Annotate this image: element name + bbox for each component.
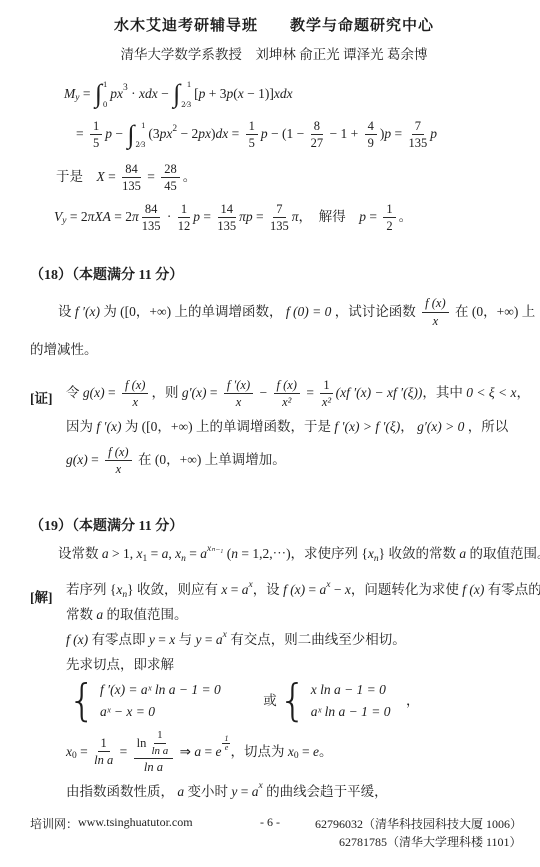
math-fraction: ln 1ln aln a (134, 729, 174, 775)
math-variable: (xf ′(x) − xf ′(ξ)) (336, 385, 423, 402)
fraction-denominator: 5 (93, 135, 99, 150)
proof-line1: 令 g(x) = f (x)x，则 g′(x) = f ′(x)x − f (x… (66, 377, 530, 411)
math-text: = (201, 744, 215, 761)
math-fraction: 1ln a (151, 729, 168, 757)
math-text: = (299, 744, 313, 761)
solution17-block: My = ∫10px3 · xdx − ∫12⁄3[p + 3p(x − 1)]… (30, 79, 518, 234)
formula-volume-line: Vy = 2πXA = 2π84135 · 112p = 14135πp = 7… (54, 201, 518, 235)
integral-upper-bound: 1 (141, 121, 145, 130)
math-text: ，则 (151, 385, 181, 402)
math-text: 的取值范围。 (466, 546, 540, 563)
math-fraction: 49 (365, 119, 377, 151)
math-text: 令 (66, 385, 83, 402)
fraction-numerator: 28 (161, 162, 180, 178)
math-fraction: 12 (383, 202, 395, 234)
page-number: - 6 - (225, 815, 315, 830)
math-text: ， (392, 693, 419, 710)
integral-lower-bound: 2⁄3 (136, 140, 146, 149)
math-fraction: 15 (90, 119, 102, 151)
fraction-numerator: f (x) (105, 445, 131, 461)
footer-contact-line2: 62781785（清华大学理科楼 1101） (315, 833, 524, 851)
math-variable: dx (216, 126, 229, 143)
math-variable: xdx (139, 86, 158, 103)
equation-system: {f ′(x) = aˣ ln a − 1 = 0aˣ − x = 0 (68, 682, 221, 720)
math-text: = (105, 169, 119, 186)
integral-glyph: ∫ (127, 122, 134, 148)
problem18-proof-block: [证] 令 g(x) = f (x)x，则 g′(x) = f ′(x)x − … (30, 377, 518, 477)
solution-line4: 先求切点，即求解 (66, 657, 540, 674)
system-equation: f ′(x) = aˣ ln a − 1 = 0 (100, 682, 221, 698)
problem19-heading: （19）（本题满分 11 分） (30, 515, 518, 535)
math-superscript: 2 (172, 124, 177, 136)
math-variable: p (199, 86, 206, 103)
math-subscript: 0 (294, 751, 299, 763)
math-text: 。 (319, 744, 333, 761)
solution-line1: 若序列 {xn} 收敛，则应有 x = ax，设 f (x) = ax − x，… (66, 582, 540, 599)
fraction-denominator: 135 (270, 218, 289, 233)
fraction-numerator: 7 (412, 119, 424, 135)
math-superscript: x (326, 580, 330, 592)
math-fraction: 827 (311, 119, 324, 151)
fraction-denominator: x² (282, 394, 291, 409)
math-fraction: 112 (178, 202, 191, 234)
math-variable: a (216, 632, 223, 649)
problem18-stem-line1: 设 f ′(x) 为 ([0，+∞) 上的单调增函数， f (0) = 0 ，试… (58, 295, 518, 329)
math-variable: πXA (88, 209, 111, 226)
fraction-numerator: 7 (273, 202, 285, 218)
math-text: 在 (0，+∞) 上单调增加。 (135, 452, 286, 469)
math-text: 设 (58, 304, 75, 321)
system-equations: f ′(x) = aˣ ln a − 1 = 0aˣ − x = 0 (100, 682, 221, 720)
footer-site: 培训网： www.tsinghuatutor.com (30, 815, 225, 832)
solution-line2: 常数 a 的取值范围。 (66, 607, 540, 624)
math-text: ⇒ (176, 744, 194, 761)
fraction-denominator: 45 (164, 178, 177, 193)
problem19-stem: 设常数 a > 1, x1 = a, xn = axₙ₋₁ (n = 1,2,⋯… (58, 546, 518, 563)
math-text: − 1)] (244, 86, 274, 103)
math-variable: a (102, 546, 109, 563)
fraction-denominator: ln a (151, 744, 168, 758)
fraction-numerator: 1 (320, 378, 332, 394)
math-text: = (201, 632, 215, 649)
math-variable: f ′(x) > f ′(ξ) (334, 419, 400, 436)
math-variable: a (459, 546, 466, 563)
integral-sign: ∫12⁄3 (173, 79, 191, 109)
integral-glyph: ∫ (173, 81, 180, 107)
math-text: 有交点，则二曲线至少相切。 (227, 632, 406, 649)
footer-contacts: 62796032（清华科技园科技大厦 1006） 62781785（清华大学理科… (315, 815, 524, 851)
math-text: 有零点的 (484, 582, 540, 599)
tangent-point-line: x0 = 1ln a = ln 1ln aln a ⇒ a = e1e，切点为 … (66, 728, 540, 776)
fraction-denominator: 135 (217, 218, 236, 233)
math-text: > 1, (109, 546, 137, 563)
math-text: 的取值范围。 (103, 607, 187, 624)
math-text: = (116, 744, 130, 761)
math-variable: V (54, 209, 62, 226)
math-text: = (105, 385, 119, 402)
integral-lower-bound: 0 (103, 100, 107, 109)
math-variable: f (x) (462, 582, 484, 599)
math-text: (3 (148, 126, 159, 143)
math-fraction: f (x)x (105, 445, 131, 477)
math-variable: a (252, 784, 259, 801)
fraction-numerator: f (x) (274, 378, 300, 394)
math-text: = (186, 546, 200, 563)
math-text: } 收敛的常数 (379, 546, 460, 563)
math-variable: M (64, 86, 75, 103)
math-text: = (237, 784, 251, 801)
fraction-denominator: x (236, 394, 242, 409)
math-superscript: x (223, 630, 227, 642)
proof-line2: 因为 f ′(x) 为 ([0，+∞) 上的单调增函数，于是 f ′(x) > … (66, 419, 530, 436)
math-text: = (305, 582, 319, 599)
solution-line3: f (x) 有零点即 y = x 与 y = ax 有交点，则二曲线至少相切。 (66, 632, 540, 649)
math-variable: p (430, 126, 437, 143)
integral-bounds: 12⁄3 (136, 120, 146, 150)
integral-bounds: 10 (103, 79, 107, 109)
math-text: = (227, 582, 241, 599)
math-variable: f ′(x) (96, 419, 121, 436)
fraction-denominator: x (116, 461, 122, 476)
math-fraction: f (x)x (422, 296, 448, 328)
math-fraction: 84135 (142, 202, 161, 234)
integral-glyph: ∫ (95, 81, 102, 107)
math-variable: g(x) (66, 452, 88, 469)
math-fraction: 15 (246, 119, 258, 151)
math-text: 设常数 (58, 546, 102, 563)
fraction-denominator: 135 (122, 178, 141, 193)
math-variable: 0 < ξ < x (466, 385, 516, 402)
fraction-numerator: 1 (90, 119, 102, 135)
math-variable: g′(x) (182, 385, 207, 402)
integral-sign: ∫12⁄3 (127, 120, 145, 150)
math-text: ，其中 (422, 385, 466, 402)
math-text: · (164, 209, 175, 226)
math-fraction: f (x)x (122, 378, 148, 410)
page-subtitle: 清华大学数学系教授 刘坤林 俞正光 谭泽光 葛余博 (30, 43, 518, 63)
fraction-denominator: x (132, 394, 138, 409)
math-variable: p (384, 126, 391, 143)
fraction-numerator: 1 (178, 202, 190, 218)
proof-content: 令 g(x) = f (x)x，则 g′(x) = f ′(x)x − f (x… (66, 377, 530, 477)
math-text: 常数 (66, 607, 96, 624)
fraction-denominator: ln a (94, 752, 113, 767)
math-subscript: n (181, 554, 186, 566)
math-variable: a (200, 546, 207, 563)
system-equation: aˣ − x = 0 (100, 704, 221, 720)
math-variable: px (198, 126, 211, 143)
math-text: 或 (223, 693, 277, 710)
integral-lower-bound: 2⁄3 (181, 100, 191, 109)
math-text: = 1,2,⋯)，求使序列 { (238, 546, 368, 563)
math-text: = (200, 209, 214, 226)
math-text: + 3 (205, 86, 226, 103)
formula-centroid-line: 于是 X = 84135 = 2845。 (56, 161, 518, 195)
math-text: ，试讨论函数 (331, 304, 419, 321)
integral-sign: ∫10 (95, 79, 107, 109)
math-text: ln (137, 736, 150, 750)
math-text: = (144, 169, 158, 186)
math-fraction: 2845 (161, 162, 180, 194)
math-fraction: 1x² (320, 378, 332, 410)
fraction-denominator: 27 (311, 135, 324, 150)
math-text: 变小时 (184, 784, 231, 801)
math-text: = (303, 385, 317, 402)
math-variable: f (x) (283, 582, 305, 599)
math-variable: a (194, 744, 201, 761)
math-variable: p (261, 126, 268, 143)
formula-my-line1: My = ∫10px3 · xdx − ∫12⁄3[p + 3p(x − 1)]… (64, 79, 518, 109)
tangency-systems-line: {f ′(x) = aˣ ln a − 1 = 0aˣ − x = 0 或{x … (66, 682, 540, 720)
fraction-numerator: 84 (142, 202, 161, 218)
math-text: = (147, 546, 161, 563)
final-remark-line: 由指数函数性质， a 变小时 y = ax 的曲线会趋于平缓， (66, 784, 540, 801)
math-subscript: y (75, 93, 79, 105)
math-fraction: f (x)x² (274, 378, 300, 410)
document-page: 水木艾迪考研辅导班 教学与命题研究中心 清华大学数学系教授 刘坤林 俞正光 谭泽… (0, 0, 540, 867)
solution-content: 若序列 {xn} 收敛，则应有 x = ax，设 f (x) = ax − x，… (66, 582, 540, 800)
fraction-denominator: x (433, 313, 439, 328)
fraction-denominator: 135 (409, 135, 428, 150)
page-title: 水木艾迪考研辅导班 教学与命题研究中心 (30, 14, 518, 35)
math-subscript: n (122, 590, 127, 602)
math-text: 若序列 { (66, 582, 116, 599)
math-text: 在 (0，+∞) 上 (452, 304, 536, 321)
math-text: − (256, 385, 270, 402)
math-fraction: 14135 (217, 202, 236, 234)
math-variable: n (231, 546, 238, 563)
fraction-numerator: 1 (383, 202, 395, 218)
math-variable: f (x) (66, 632, 88, 649)
math-text: − (112, 126, 126, 143)
fraction-numerator: 1 (98, 736, 110, 752)
math-text: ，问题转化为求使 (351, 582, 462, 599)
math-variable: px (160, 126, 173, 143)
math-text: 的曲线会趋于平缓， (263, 784, 388, 801)
math-text: } 收敛，则应有 (127, 582, 221, 599)
math-fraction: 7135 (270, 202, 289, 234)
math-text: − 2 (177, 126, 198, 143)
math-variable: f ′(x) (75, 304, 100, 321)
math-variable: p (193, 209, 200, 226)
math-variable: ln a (144, 760, 163, 774)
problem18-stem-line2: 的增减性。 (30, 338, 518, 358)
left-brace: { (279, 682, 307, 719)
math-variable: p (227, 86, 234, 103)
math-text: 由指数函数性质， (66, 784, 177, 801)
math-text: = (391, 126, 405, 143)
math-variable: a (177, 784, 184, 801)
math-text: − (1 − (268, 126, 308, 143)
math-text: 为 ([0，+∞) 上的单调增函数，于是 (121, 419, 334, 436)
math-variable: g′(x) > 0 (417, 419, 464, 436)
footer-site-url: www.tsinghuatutor.com (78, 815, 193, 832)
math-variable: a (96, 607, 103, 624)
math-subscript: 1 (143, 554, 148, 566)
math-text: = (155, 632, 169, 649)
math-text: = (207, 385, 221, 402)
footer-site-label: 培训网： (30, 815, 78, 832)
math-text: ，设 (253, 582, 283, 599)
integral-upper-bound: 1 (103, 80, 107, 89)
math-subscript: n (374, 554, 379, 566)
fraction-numerator: ln 1ln a (134, 729, 174, 759)
fraction-numerator: 4 (365, 119, 377, 135)
math-text: = (88, 452, 102, 469)
math-text: 有零点即 (88, 632, 149, 649)
fraction-numerator: 14 (218, 202, 237, 218)
math-text: 为 ([0，+∞) 上的单调增函数， (100, 304, 286, 321)
fraction-denominator: 135 (142, 218, 161, 233)
math-text: 。 (183, 169, 197, 186)
math-text: ， (400, 419, 417, 436)
fraction-numerator: f (x) (422, 296, 448, 312)
math-text: = (76, 126, 87, 143)
math-text: = (228, 126, 242, 143)
fraction-numerator: f ′(x) (224, 378, 253, 394)
math-text: − 1 + (326, 126, 361, 143)
math-text: 于是 (56, 169, 97, 186)
formula-my-line2: = 15p − ∫12⁄3(3px2 − 2px)dx = 15p − (1 −… (76, 118, 518, 152)
system-equation: x ln a − 1 = 0 (311, 682, 391, 698)
page-footer: 培训网： www.tsinghuatutor.com - 6 - 6279603… (30, 815, 524, 851)
math-variable: px (110, 86, 123, 103)
fraction-numerator: f (x) (122, 378, 148, 394)
fraction-numerator: 1 (154, 729, 166, 744)
math-variable: e (215, 744, 221, 761)
math-text: − (158, 86, 172, 103)
math-variable: p (105, 126, 112, 143)
math-text: ( (223, 546, 231, 563)
left-brace: { (68, 682, 96, 719)
math-superscript: x (259, 781, 263, 793)
proof-label: [证] (30, 377, 66, 407)
math-exponent-fraction: 1e (222, 735, 230, 754)
math-text: 因为 (66, 419, 96, 436)
math-text: ， 解得 (299, 209, 360, 226)
math-text: = (77, 744, 91, 761)
exponent-denominator: e (225, 744, 229, 753)
system-equation: aˣ ln a − 1 = 0 (311, 704, 391, 720)
math-text: 与 (175, 632, 195, 649)
math-text: ，切点为 (230, 744, 287, 761)
fraction-denominator: 9 (368, 135, 374, 150)
math-fraction: 1ln a (94, 736, 113, 768)
math-superscript: xₙ₋₁ (207, 544, 223, 556)
math-text: − (331, 582, 345, 599)
math-variable: g(x) (83, 385, 105, 402)
fraction-denominator: 2 (386, 218, 392, 233)
math-variable: a (162, 546, 169, 563)
fraction-numerator: 1 (246, 119, 258, 135)
problem18-heading: （18）（本题满分 11 分） (30, 264, 518, 284)
math-text: · (128, 86, 139, 103)
math-variable: xdx (274, 86, 293, 103)
fraction-denominator: 12 (178, 218, 191, 233)
math-text: = (253, 209, 267, 226)
proof-line3: g(x) = f (x)x 在 (0，+∞) 上单调增加。 (66, 444, 530, 478)
math-variable: f (0) = 0 (286, 304, 331, 321)
math-superscript: 3 (123, 83, 128, 95)
math-superscript: x (248, 580, 252, 592)
integral-upper-bound: 1 (187, 80, 191, 89)
problem19-solution-block: [解] 若序列 {xn} 收敛，则应有 x = ax，设 f (x) = ax … (30, 582, 518, 800)
math-variable: πp (239, 209, 253, 226)
system-equations: x ln a − 1 = 0aˣ ln a − 1 = 0 (311, 682, 391, 720)
math-variable: π (292, 209, 299, 226)
math-text: = 2 (66, 209, 87, 226)
math-text: 先求切点，即求解 (66, 657, 174, 674)
math-fraction: 84135 (122, 162, 141, 194)
integral-bounds: 12⁄3 (181, 79, 191, 109)
math-variable: X (97, 169, 105, 186)
math-variable: p (359, 209, 366, 226)
fraction-numerator: 8 (311, 119, 323, 135)
fraction-denominator: ln a (144, 759, 163, 774)
math-text: = 2 (111, 209, 132, 226)
math-fraction: 7135 (409, 119, 428, 151)
math-variable: π (132, 209, 139, 226)
math-subscript: y (62, 216, 66, 228)
math-subscript: 0 (72, 751, 77, 763)
fraction-denominator: 5 (249, 135, 255, 150)
math-fraction: f ′(x)x (224, 378, 253, 410)
math-text: 。 (399, 209, 413, 226)
fraction-denominator: x² (322, 394, 331, 409)
equation-system: {x ln a − 1 = 0aˣ ln a − 1 = 0 (279, 682, 391, 720)
solve-label: [解] (30, 582, 66, 606)
math-text: = (366, 209, 380, 226)
math-text: = (79, 86, 93, 103)
math-text: ， (516, 385, 530, 402)
footer-contact-line1: 62796032（清华科技园科技大厦 1006） (315, 815, 524, 833)
fraction-numerator: 84 (122, 162, 141, 178)
math-text: ，所以 (464, 419, 508, 436)
